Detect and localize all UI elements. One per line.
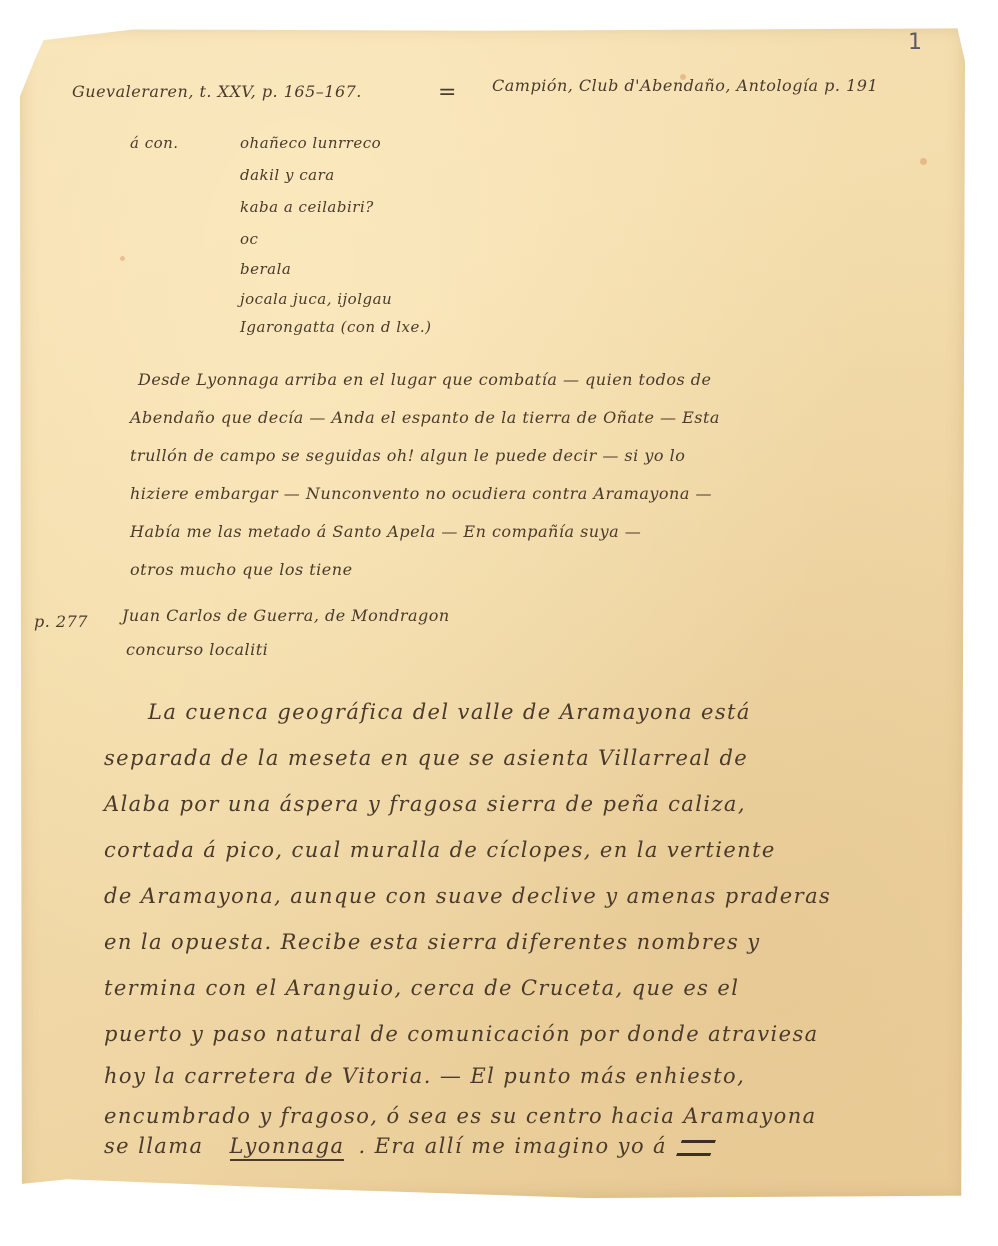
notes-line: otros mucho que los tiene [130, 560, 353, 579]
paragraph-line: separada de la meseta en que se asienta … [104, 746, 748, 770]
word-list-item: Igarongatta (con d lxe.) [240, 318, 431, 336]
reference-line: concurso localiti [126, 640, 268, 659]
notes-line: Había me las metado á Santo Apela — En c… [130, 522, 641, 541]
crossed-out-scribble [676, 1140, 716, 1156]
stain [920, 158, 927, 165]
word-list-item: berala [240, 260, 291, 278]
header-separator: = [438, 80, 457, 105]
paragraph-line: hoy la carretera de Vitoria. — El punto … [104, 1064, 745, 1088]
header-left: Guevaleraren, t. XXV, p. 165–167. [72, 82, 362, 101]
notes-line: Desde Lyonnaga arriba en el lugar que co… [138, 370, 712, 389]
last-line-after: . Era allí me imagino yo á [358, 1134, 667, 1158]
page-number: 1 [908, 30, 923, 55]
word-list-item: dakil y cara [240, 166, 335, 184]
paragraph-line: en la opuesta. Recibe esta sierra difere… [104, 930, 761, 954]
paragraph-line: de Aramayona, aunque con suave declive y… [104, 884, 831, 908]
notes-line: trullón de campo se seguidas oh! algun l… [130, 446, 685, 465]
stain [120, 256, 125, 261]
paragraph-line: puerto y paso natural de comunicación po… [104, 1022, 819, 1046]
reference-line: Juan Carlos de Guerra, de Mondragon [122, 606, 450, 625]
word-list-prefix: á con. [130, 134, 179, 152]
paragraph-line: termina con el Aranguio, cerca de Crucet… [104, 976, 739, 1000]
notes-line: hiziere embargar — Nunconvento no ocudie… [130, 484, 712, 503]
last-line-before: se llama [104, 1134, 203, 1158]
paragraph-line: La cuenca geográfica del valle de Aramay… [148, 700, 751, 724]
word-list-item: ohañeco lunrreco [240, 134, 381, 152]
word-list-item: kaba a ceilabiri? [240, 198, 374, 216]
last-line: se llama Lyonnaga . Era allí me imagino … [104, 1134, 713, 1158]
notes-line: Abendaño que decía — Anda el espanto de … [130, 408, 720, 427]
paragraph-line: encumbrado y fragoso, ó sea es su centro… [104, 1104, 817, 1128]
underlined-place-name: Lyonnaga [230, 1134, 345, 1161]
reference-page: p. 277 [34, 612, 88, 631]
header-right: Campión, Club d'Abendaño, Antología p. 1… [492, 76, 878, 95]
paragraph-line: Alaba por una áspera y fragosa sierra de… [104, 792, 746, 816]
word-list-item: oc [240, 230, 258, 248]
word-list-item: jocala juca, ijolgau [240, 290, 392, 308]
paragraph-line: cortada á pico, cual muralla de cíclopes… [104, 838, 776, 862]
